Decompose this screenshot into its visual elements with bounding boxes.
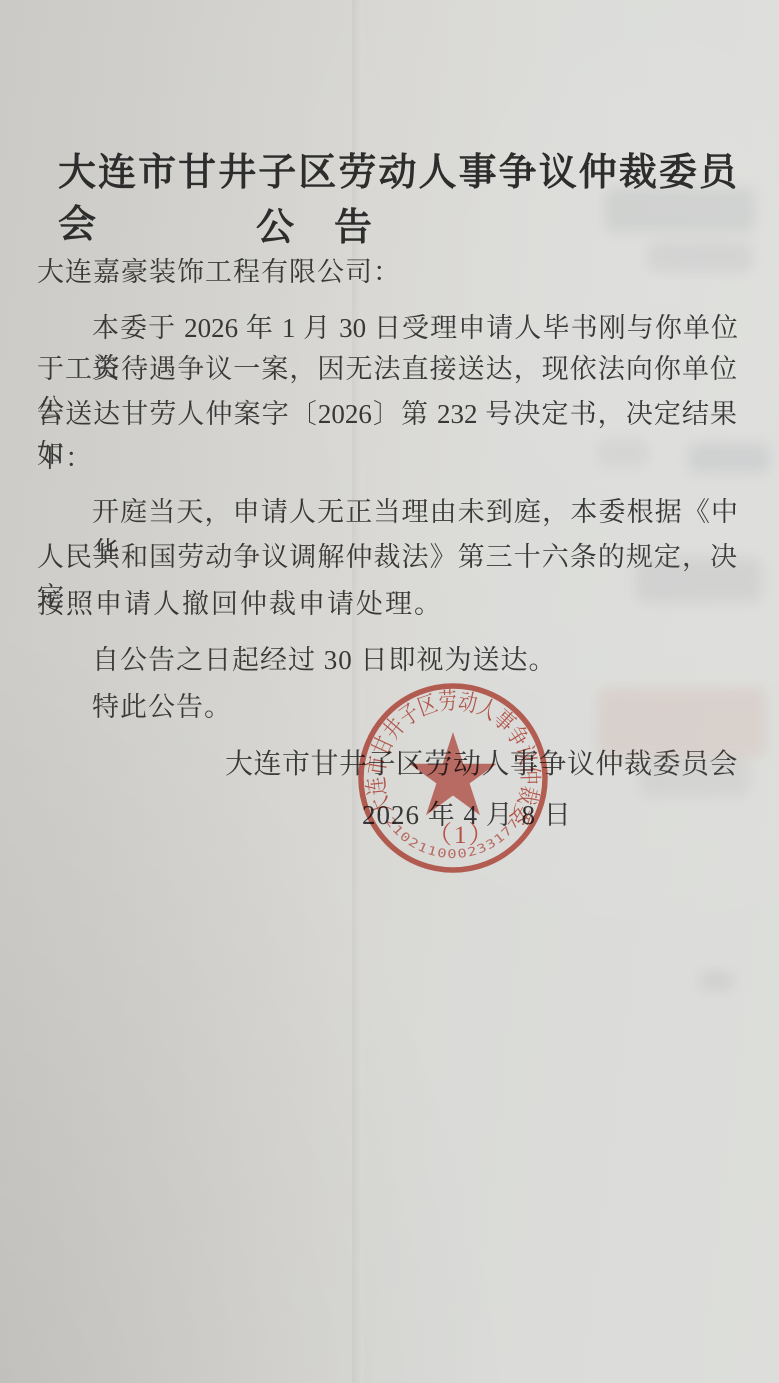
signature-committee: 大连市甘井子区劳动人事争议仲裁委员会 — [225, 745, 738, 785]
body-line: 特此公告。 — [92, 687, 232, 727]
body-line: 告送达甘劳人仲案字〔2026〕第 232 号决定书，决定结果如 — [37, 394, 737, 474]
body-line: 按照申请人撤回仲裁申请处理。 — [37, 584, 443, 624]
bleed-through-mark — [700, 972, 734, 990]
body-line: 下： — [37, 438, 93, 478]
document-photo: 大连市甘井子区劳动人事争议仲裁委员会 公 告 大连嘉豪装饰工程有限公司： 本委于… — [0, 0, 779, 1383]
notice-title-gonggao: 公 告 — [256, 202, 373, 254]
body-line: 自公告之日起经过 30 日即视为送达。 — [92, 640, 557, 680]
page-number: （1） — [427, 819, 496, 853]
notice-title-committee: 大连市甘井子区劳动人事争议仲裁委员会 — [58, 147, 738, 251]
addressee-company: 大连嘉豪装饰工程有限公司： — [37, 252, 401, 292]
